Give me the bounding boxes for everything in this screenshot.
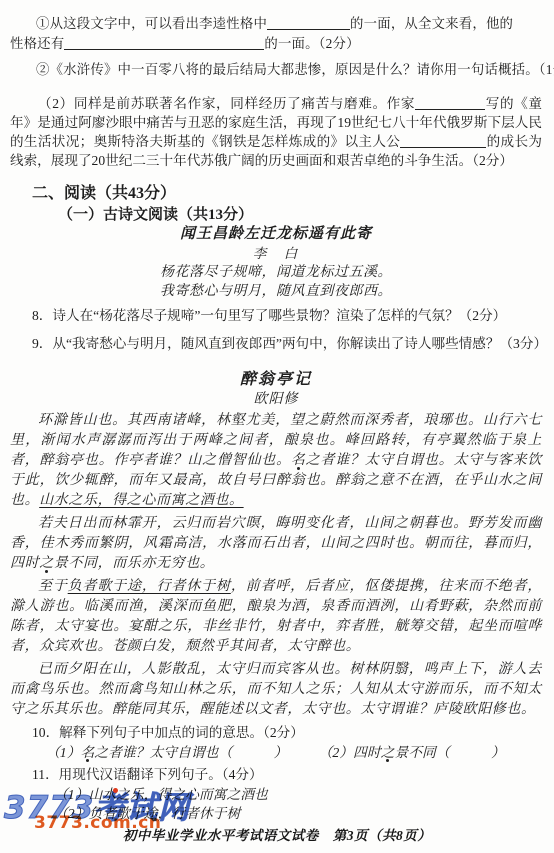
question-10-items: （1）名之者谁？太守自谓也（ ）（2）四时之景不同（ ） bbox=[10, 743, 542, 763]
passage-text: 之者谁？太守自谓也（ ） bbox=[94, 745, 287, 760]
underlined-phrase: 山水之乐，得之心而寓之酒也。 bbox=[39, 493, 243, 508]
passage-text: 至于 bbox=[38, 579, 68, 594]
passage-text: 已而夕阳在山，人影散乱，太守归而宾客从也。树林阴翳，鸣声上下，游人去而禽鸟乐也。… bbox=[10, 662, 542, 717]
question-11-item-2: （2）负者歌于途，行者休于树 bbox=[10, 804, 542, 823]
dotted-word: 名 bbox=[291, 453, 306, 468]
question-7-item1-line1: ①从这段文字中，可以看出李逵性格中的一面，从全文来看，他的 bbox=[10, 14, 542, 34]
question-7-item2: ②《水浒传》中一百零八将的最后结局大都悲惨，原因是什么？请你用一句话概括。（1分… bbox=[10, 60, 542, 80]
exam-paper-page: ①从这段文字中，可以看出李逵性格中的一面，从全文来看，他的 性格还有的一面。（2… bbox=[0, 0, 554, 853]
page-footer: 初中毕业学业水平考试语文试卷 第3页（共8页） bbox=[0, 824, 554, 844]
section-2-1-subheading: （一）古诗文阅读（共13分） bbox=[10, 205, 542, 225]
question-2-literature-paragraph: （2）同样是前苏联著名作家，同样经历了痛苦与磨难。作家写的《童年》是通过阿廖沙眼… bbox=[10, 94, 542, 170]
answer-blank-line bbox=[267, 16, 350, 30]
question-10-item-2: （2）四时之景不同（ ） bbox=[325, 745, 504, 760]
question-10-stem: 10．解释下列句子中加点的词的意思。（2分） bbox=[10, 723, 542, 743]
answer-blank-line bbox=[415, 96, 485, 110]
red-dot-mark bbox=[113, 788, 118, 793]
answer-blank-line bbox=[64, 36, 264, 50]
passage-text: （1） bbox=[46, 745, 81, 760]
dotted-word: 名 bbox=[81, 745, 95, 760]
question-7-item1-line2: 性格还有的一面。（2分） bbox=[10, 34, 542, 54]
question-11-stem: 11．用现代汉语翻译下列句子。（4分） bbox=[10, 765, 542, 785]
q7-item1-line2-pre: 性格还有 bbox=[10, 36, 64, 51]
q7-item1-text-pre: ①从这段文字中，可以看出李逵性格中 bbox=[36, 16, 267, 31]
question-10-item-1: （1）名之者谁？太守自谓也（ ） bbox=[46, 745, 287, 760]
essay-paragraph-3: 至于负者歌于途，行者休于树，前者呼，后者应，伛偻提携，往来而不绝者，滁人游也。临… bbox=[10, 577, 542, 657]
essay-paragraph-1: 环滁皆山也。其西南诸峰，林壑尤美，望之蔚然而深秀者，琅琊也。山行六七里，渐闻水声… bbox=[10, 411, 542, 511]
q7-item1-text-post: 的一面，从全文来看，他的 bbox=[350, 16, 513, 31]
section-2-heading: 二、阅读（共43分） bbox=[10, 184, 542, 204]
underlined-phrase: 负者歌于途，行者休于树 bbox=[68, 579, 231, 594]
q7-item1-line2-post: 的一面。（2分） bbox=[264, 36, 359, 51]
passage-text: 景不同，而乐亦无穷也。 bbox=[54, 556, 215, 571]
poem-line-2: 我寄愁心与明月，随风直到夜郎西。 bbox=[10, 282, 542, 301]
passage-text: （2）四时 bbox=[325, 745, 380, 760]
question-11-item-1: （1）山水之乐，得之心而寓之酒也 bbox=[10, 785, 542, 804]
essay-title: 醉翁亭记 bbox=[10, 370, 542, 390]
q2-text-pre: （2）同样是前苏联著名作家，同样经历了痛苦与磨难。作家 bbox=[38, 96, 415, 111]
question-8: 8．诗人在“杨花落尽子规啼”一句里写了哪些景物？渲染了怎样的气氛？（2分） bbox=[10, 306, 542, 326]
poem-line-1: 杨花落尽子规啼，闻道龙标过五溪。 bbox=[10, 263, 542, 282]
essay-paragraph-4: 已而夕阳在山，人影散乱，太守归而宾客从也。树林阴翳，鸣声上下，游人去而禽鸟乐也。… bbox=[10, 660, 542, 720]
essay-author: 欧阳修 bbox=[10, 390, 542, 409]
poem-block: 闻王昌龄左迁龙标遥有此寄 李 白 杨花落尽子规啼，闻道龙标过五溪。 我寄愁心与明… bbox=[10, 225, 542, 301]
essay-paragraph-2: 若夫日出而林霏开，云归而岩穴暝，晦明变化者，山间之朝暮也。野芳发而幽香，佳木秀而… bbox=[10, 514, 542, 574]
answer-blank-line bbox=[400, 134, 486, 148]
dotted-word: 之 bbox=[39, 556, 54, 571]
poem-author: 李 白 bbox=[10, 244, 542, 263]
question-9: 9．从“我寄愁心与明月，随风直到夜郎西”两句中，你解读出了诗人哪些情感？（3分） bbox=[10, 334, 542, 354]
poem-title: 闻王昌龄左迁龙标遥有此寄 bbox=[10, 225, 542, 244]
passage-text: 景不同（ ） bbox=[394, 745, 504, 760]
dotted-word: 之 bbox=[381, 745, 395, 760]
